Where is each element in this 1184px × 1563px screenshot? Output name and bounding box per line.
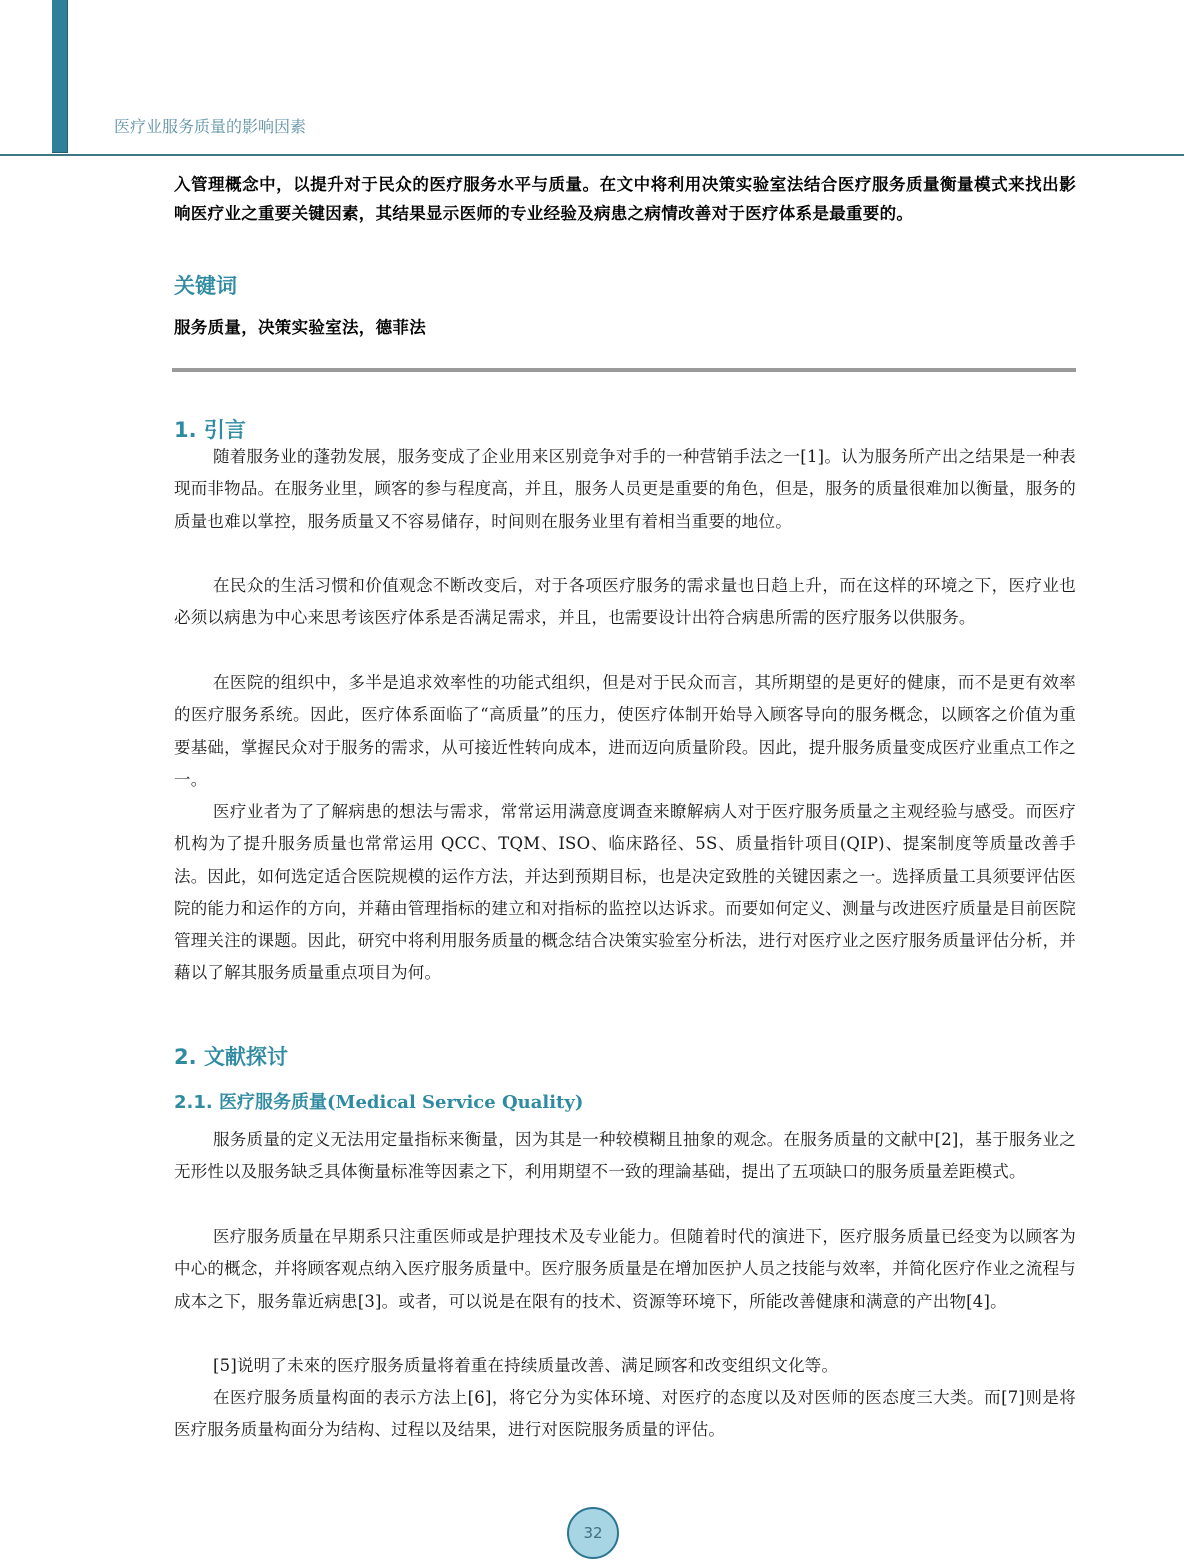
running-title: 医疗业服务质量的影响因素 <box>114 114 306 137</box>
abstract-text: 入管理概念中，以提升对于民众的医疗服务水平与质量。在文中将利用决策实验室法结合医… <box>174 170 1076 228</box>
keywords-text: 服务质量，决策实验室法，德菲法 <box>174 314 426 338</box>
paragraph: 在医院的组织中，多半是追求效率性的功能式组织，但是对于民众而言，其所期望的是更好… <box>174 667 1076 796</box>
paragraph: 服务质量的定义无法用定量指标来衡量，因为其是一种较模糊且抽象的观念。在服务质量的… <box>174 1124 1076 1189</box>
subsection-heading-cn: 2.1. 医疗服务质量 <box>174 1092 327 1113</box>
subsection-heading-en: (Medical Service Quality) <box>327 1092 583 1113</box>
paragraph: [5]说明了未來的医疗服务质量将着重在持续质量改善、满足顾客和改变组织文化等。 <box>174 1350 1076 1382</box>
page-number-badge: 32 <box>567 1507 619 1559</box>
paragraph: 随着服务业的蓬勃发展，服务变成了企业用来区别竞争对手的一种营销手法之一[1]。认… <box>174 441 1076 538</box>
subsection-heading-medical-service-quality: 2.1. 医疗服务质量(Medical Service Quality) <box>174 1088 583 1114</box>
paragraph: 在医疗服务质量构面的表示方法上[6]，将它分为实体环境、对医疗的态度以及对医师的… <box>174 1382 1076 1447</box>
keywords-title: 关键词 <box>174 270 237 300</box>
section-heading-literature: 2. 文献探讨 <box>174 1041 288 1071</box>
paragraph: 医疗服务质量在早期系只注重医师或是护理技术及专业能力。但随着时代的演进下，医疗服… <box>174 1221 1076 1318</box>
paragraph: 在民众的生活习惯和价值观念不断改变后，对于各项医疗服务的需求量也日趋上升，而在这… <box>174 570 1076 635</box>
section-heading-introduction: 1. 引言 <box>174 414 246 444</box>
header-accent-bar <box>52 0 68 153</box>
paragraph: 医疗业者为了了解病患的想法与需求，常常运用满意度调查来瞭解病人对于医疗服务质量之… <box>174 796 1076 990</box>
abstract-divider <box>172 368 1076 372</box>
header-rule <box>0 154 1184 156</box>
